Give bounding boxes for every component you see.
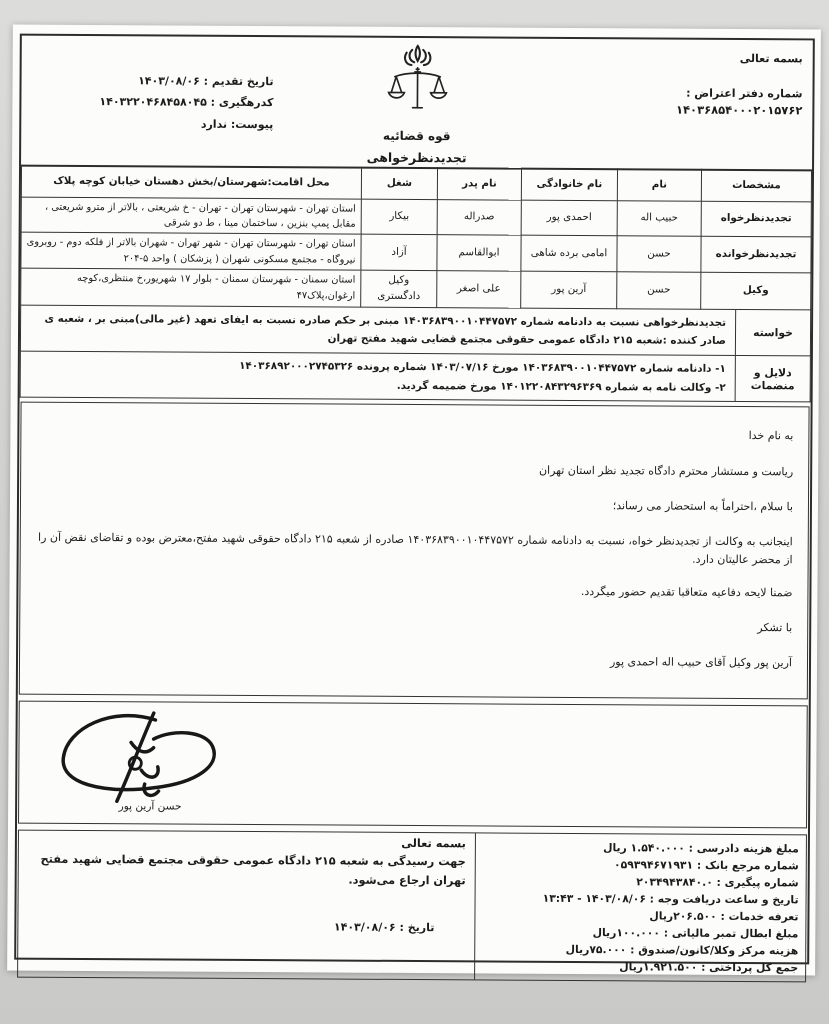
appellee-role: تجدیدنظرخوانده xyxy=(701,237,811,273)
table-row-lawyer: وکیل حسن آرین پور علی اصغر وکیل دادگستری… xyxy=(21,268,811,310)
col-header-address: محل اقامت:شهرستان/بخش دهستان خیابان کوچه… xyxy=(21,166,361,200)
col-header-father-name: نام پدر xyxy=(437,168,521,200)
lawyer-role: وکیل xyxy=(701,272,811,310)
header-right-block: بسمه تعالی شماره دفتر اعتراض : ۱۴۰۳۶۸۵۴۰… xyxy=(676,52,803,118)
document-paper: بسمه تعالی شماره دفتر اعتراض : ۱۴۰۳۶۸۵۴۰… xyxy=(7,25,821,976)
attachment-line: پیوست: ندارد xyxy=(43,113,273,136)
bismillah-text: بسمه تعالی xyxy=(676,52,802,66)
lawyer-father-name: علی اصغر xyxy=(437,270,521,307)
fee-line-bar-fund: هزینه مرکز وکلا/کانون/صندوق : ۷۵.۰۰۰ریال xyxy=(482,940,798,959)
form-header: بسمه تعالی شماره دفتر اعتراض : ۱۴۰۳۶۸۵۴۰… xyxy=(21,36,813,170)
appellee-father-name: ابوالقاسم xyxy=(437,235,521,271)
letter-line-main: اینجانب به وکالت از تجدیدنظر خواه، نسبت … xyxy=(36,529,793,570)
signature-section: حسن آرین پور xyxy=(18,700,808,828)
fee-line-service-tariff: تعرفه خدمات : ۲۰۶.۵۰۰ریال xyxy=(482,906,798,925)
form-title: تجدیدنظرخواهی xyxy=(307,149,527,165)
header-left-block: تاریخ تقدیم : ۱۴۰۳/۰۸/۰۶ کدرهگیری : ۱۴۰۳… xyxy=(43,70,273,136)
evidence-list: ۱- دادنامه شماره ۱۴۰۳۶۸۳۹۰۰۱۰۴۴۷۵۷۲ مورخ… xyxy=(21,352,735,402)
footer-section: مبلغ هزینه دادرسی : ۱.۵۴۰.۰۰۰ ریال شماره… xyxy=(17,829,807,982)
lawyer-first-name: حسن xyxy=(617,271,701,308)
lawyer-last-name: آرین پور xyxy=(521,271,617,308)
appellant-first-name: حبیب اله xyxy=(617,201,701,237)
tracking-code-line: کدرهگیری : ۱۴۰۳۲۲۰۴۶۸۴۵۸۰۴۵ xyxy=(43,91,273,114)
lawyer-job: وکیل دادگستری xyxy=(361,270,437,307)
judiciary-emblem-icon xyxy=(307,41,528,128)
header-center-block: قوه قضائیه تجدیدنظرخواهی xyxy=(307,41,528,165)
lawyer-address: استان سمنان - شهرستان سمنان - بلوار ۱۷ ش… xyxy=(21,268,361,307)
letter-line-note: ضمنا لایحه دفاعیه متعاقبا تقدیم حضور میگ… xyxy=(35,580,792,603)
col-header-role: مشخصات xyxy=(701,170,811,202)
fees-block: مبلغ هزینه دادرسی : ۱.۵۴۰.۰۰۰ ریال شماره… xyxy=(474,833,806,981)
referral-text: جهت رسیدگی به شعبه ۲۱۵ دادگاه عمومی حقوق… xyxy=(28,849,466,890)
col-header-first-name: نام xyxy=(617,169,701,201)
evidence-item: ۲- وکالت نامه به شماره ۱۴۰۱۲۲۰۸۴۳۲۹۶۳۶۹ … xyxy=(30,374,726,397)
organization-name: قوه قضائیه xyxy=(307,128,527,143)
parties-header-row: مشخصات نام نام خانوادگی نام پدر شغل محل … xyxy=(21,166,811,202)
parties-table: مشخصات نام نام خانوادگی نام پدر شغل محل … xyxy=(20,165,812,310)
letter-body: به نام خدا ریاست و مستشار محترم دادگاه ت… xyxy=(19,402,810,699)
objection-office-label: شماره دفتر اعتراض : xyxy=(676,87,802,101)
signature-block: حسن آرین پور xyxy=(35,703,266,812)
fee-line-bank-ref: شماره مرجع بانک : ۰۵۹۳۹۴۶۷۱۹۳۱ xyxy=(483,855,799,874)
appellant-address: استان تهران - شهرستان تهران - تهران - خ … xyxy=(21,197,361,234)
objection-office-number: ۱۴۰۳۶۸۵۴۰۰۰۲۰۱۵۷۶۲ xyxy=(676,103,802,118)
appellee-address: استان تهران - شهرستان تهران - شهر تهران … xyxy=(21,232,361,269)
col-header-last-name: نام خانوادگی xyxy=(521,169,617,201)
appellee-first-name: حسن xyxy=(617,236,701,272)
letter-line-thanks: با تشکر xyxy=(35,615,792,638)
fee-line-total-paid: جمع کل پرداختی : ۱.۹۲۱.۵۰۰ریال xyxy=(482,957,798,976)
letter-line-signoff: آرین پور وکیل آقای حبیب اله احمدی پور xyxy=(35,650,792,673)
handwritten-signature-icon xyxy=(35,703,266,808)
evidence-label: دلایل و منضمات xyxy=(735,356,810,402)
col-header-job: شغل xyxy=(361,168,437,200)
letter-line-addressee: ریاست و مستشار محترم دادگاه تجدید نظر اس… xyxy=(36,458,793,481)
appellant-role: تجدیدنظرخواه xyxy=(701,201,811,237)
appellee-job: آزاد xyxy=(361,235,437,271)
appeal-form: بسمه تعالی شماره دفتر اعتراض : ۱۴۰۳۶۸۵۴۰… xyxy=(14,34,815,965)
appellant-last-name: احمدی پور xyxy=(521,200,617,236)
scanned-document-photo: بسمه تعالی شماره دفتر اعتراض : ۱۴۰۳۶۸۵۴۰… xyxy=(0,0,829,1024)
letter-line-greeting: با سلام ،احتراماً به استحضار می رساند؛ xyxy=(36,493,793,516)
claim-text: تجدیدنظرخواهی نسبت به دادنامه شماره ۱۴۰۳… xyxy=(21,305,735,355)
table-row-appellee: تجدیدنظرخوانده حسن امامی برده شاهی ابوال… xyxy=(21,232,811,272)
appellant-father-name: صدراله xyxy=(437,200,521,236)
fee-line-tax-stamp: مبلغ ابطال تمبر مالیاتی : ۱۰۰.۰۰۰ریال xyxy=(482,923,798,942)
submission-date-line: تاریخ تقدیم : ۱۴۰۳/۰۸/۰۶ xyxy=(43,70,273,93)
claim-row: خواسته تجدیدنظرخواهی نسبت به دادنامه شما… xyxy=(20,305,811,356)
fee-line-court-cost: مبلغ هزینه دادرسی : ۱.۵۴۰.۰۰۰ ریال xyxy=(483,838,799,857)
evidence-row: دلایل و منضمات ۱- دادنامه شماره ۱۴۰۳۶۸۳۹… xyxy=(20,352,811,403)
letter-line-bismillah: به نام خدا xyxy=(36,423,793,446)
claim-label: خواسته xyxy=(735,310,810,356)
signatory-name: حسن آرین پور xyxy=(35,799,265,812)
appellant-job: بیکار xyxy=(361,199,437,235)
fee-line-tracking-no: شماره پیگیری : ۲۰۳۴۹۴۳۸۴۰.۰ xyxy=(483,872,799,891)
table-row-appellant: تجدیدنظرخواه حبیب اله احمدی پور صدراله ب… xyxy=(21,197,811,237)
fee-line-payment-datetime: تاریخ و ساعت دریافت وجه : ۱۴۰۳/۰۸/۰۶ - ۱… xyxy=(483,889,799,908)
referral-date: تاریخ : ۱۴۰۳/۰۸/۰۶ xyxy=(334,920,435,934)
referral-block: بسمه تعالی جهت رسیدگی به شعبه ۲۱۵ دادگاه… xyxy=(18,830,475,979)
referral-bismillah: بسمه تعالی xyxy=(28,834,466,850)
appellee-last-name: امامی برده شاهی xyxy=(521,235,617,271)
